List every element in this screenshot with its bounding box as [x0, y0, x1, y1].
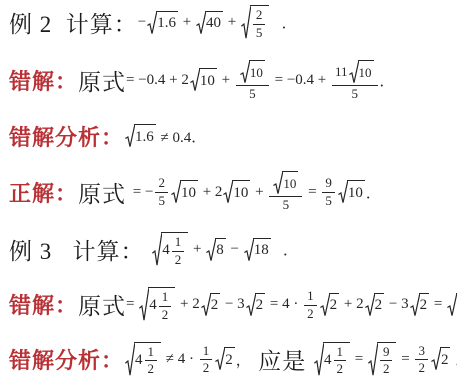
- radicand: 2: [419, 293, 430, 317]
- example-2-problem: 例 2 计算：−1.6 + 40 + 25 ．: [9, 5, 453, 40]
- math-text: 2: [441, 352, 449, 369]
- math-text: 4: [135, 352, 143, 369]
- fraction: 25: [253, 7, 266, 40]
- fraction-denominator: 2: [415, 360, 428, 376]
- math-text: = 4 ·: [266, 296, 302, 313]
- fraction-numerator: 3: [415, 343, 428, 361]
- fraction-denominator: 2: [304, 306, 317, 322]
- sqrt-expression: 412: [314, 342, 350, 377]
- math-text: 1.6: [157, 15, 176, 32]
- math-text: ．: [451, 349, 457, 370]
- math-text: 9: [383, 344, 390, 360]
- wrong-analysis-3: 错解分析：412 ≠ 4 · 122， 应是 412 = 92 = 322 ．: [9, 342, 453, 377]
- chinese-text: 原式: [78, 288, 126, 321]
- fraction-denominator: 5: [236, 86, 269, 102]
- fraction-numerator: 1: [200, 343, 213, 361]
- math-text: 10: [233, 185, 248, 202]
- radicand: 1.6: [134, 124, 156, 148]
- fraction: 32: [415, 343, 428, 376]
- sqrt-expression: 8: [206, 238, 226, 262]
- radicand: 10: [282, 171, 298, 195]
- fraction: 12: [172, 234, 185, 267]
- math-text: 2: [330, 297, 338, 314]
- chinese-text: 原式: [78, 176, 133, 209]
- math-text: 5: [352, 86, 359, 102]
- chinese-text: 应是: [258, 343, 313, 376]
- math-text: = −0.4 + 2: [126, 72, 189, 89]
- wrong-analysis-2: 错解分析：1.6 ≠ 0.4．: [9, 121, 453, 152]
- math-text: 4: [149, 297, 157, 314]
- sqrt-expression: 25: [241, 5, 270, 40]
- math-text: − 3: [385, 296, 408, 313]
- math-text: 5: [283, 197, 290, 213]
- chinese-text: 例 2 计算：: [9, 6, 138, 39]
- fraction-numerator: 10: [269, 171, 302, 197]
- math-text: 8: [216, 242, 224, 259]
- math-text: 1: [148, 344, 155, 360]
- math-text: 11: [335, 64, 348, 80]
- fraction: 12: [145, 344, 158, 377]
- red-label: 错解：: [9, 65, 78, 96]
- red-label: 正解：: [9, 177, 78, 208]
- math-text: 2: [383, 361, 390, 377]
- math-text: ≠ 0.4．: [157, 126, 206, 147]
- radicand: 18: [253, 238, 271, 262]
- sqrt-expression: 2: [365, 293, 385, 317]
- math-text: 2: [211, 297, 219, 314]
- math-text: +: [224, 14, 240, 31]
- math-text: = −: [133, 184, 154, 201]
- sqrt-expression: 18: [244, 238, 271, 262]
- math-text: 1: [203, 343, 210, 359]
- example-3-problem: 例 3 计算： 412 + 8 − 18 ．: [9, 232, 453, 267]
- math-text: ．: [272, 239, 298, 260]
- math-text: 1: [337, 344, 344, 360]
- red-label: 错解分析：: [9, 121, 124, 152]
- correct-solution-2: 正解：原式 = −2510 + 210 + 105 = 9510．: [9, 171, 453, 213]
- radicand: 1.6: [156, 11, 178, 35]
- fraction-denominator: 5: [253, 25, 266, 41]
- fraction-numerator: 1: [334, 344, 347, 362]
- math-text: −: [227, 241, 243, 258]
- fraction-denominator: 2: [200, 360, 213, 376]
- sqrt-expression: 412: [152, 232, 188, 267]
- fraction-denominator: 5: [269, 197, 302, 213]
- chinese-text: 例 3 计算：: [9, 233, 151, 266]
- sqrt-expression: 2: [447, 293, 457, 317]
- sqrt-expression: 10: [240, 60, 265, 84]
- fraction: 92: [380, 344, 393, 377]
- fraction-denominator: 2: [145, 361, 158, 377]
- math-text: 2: [158, 175, 165, 191]
- math-text: 5: [325, 193, 332, 209]
- math-text: 5: [256, 25, 263, 41]
- math-text: +: [251, 184, 267, 201]
- math-text: 1.6: [135, 129, 154, 146]
- radicand: 10: [249, 60, 265, 84]
- fraction: 11105: [332, 60, 378, 102]
- radicand: 25: [250, 5, 270, 40]
- sqrt-expression: 92: [368, 342, 397, 377]
- math-text: 4: [162, 242, 170, 259]
- fraction-numerator: 1: [159, 289, 172, 307]
- radicand: 10: [180, 180, 198, 204]
- radicand: 412: [161, 232, 188, 267]
- math-text: 10: [250, 65, 263, 81]
- math-text: 40: [206, 15, 221, 32]
- radicand: 2: [255, 293, 266, 317]
- math-text: +: [218, 72, 234, 89]
- fraction: 25: [155, 175, 168, 208]
- radicand: 2: [329, 293, 340, 317]
- math-text: 3: [418, 343, 425, 359]
- fraction-numerator: 9: [322, 175, 335, 193]
- fraction-numerator: 1110: [332, 60, 378, 86]
- sqrt-expression: 2: [215, 347, 235, 371]
- radicand: 10: [232, 180, 250, 204]
- math-text: =: [430, 296, 446, 313]
- fraction: 12: [200, 343, 213, 376]
- radicand: 2: [210, 293, 221, 317]
- sqrt-expression: 1.6: [147, 11, 178, 35]
- math-text: 9: [325, 175, 332, 191]
- sqrt-expression: 2: [410, 293, 430, 317]
- math-text: 2: [256, 297, 264, 314]
- sqrt-expression: 10: [338, 180, 365, 204]
- math-text: 1: [175, 234, 182, 250]
- math-text: 2: [337, 361, 344, 377]
- math-text: − 3: [221, 296, 244, 313]
- math-text: 2: [225, 352, 233, 369]
- radicand: 2: [224, 347, 235, 371]
- fraction-denominator: 2: [380, 361, 393, 377]
- red-label: 错解：: [9, 289, 78, 320]
- radicand: 92: [377, 342, 397, 377]
- sqrt-expression: 10: [223, 180, 250, 204]
- fraction-denominator: 2: [159, 307, 172, 323]
- math-text: −: [138, 14, 146, 31]
- fraction: 105: [269, 171, 302, 213]
- sqrt-expression: 2: [320, 293, 340, 317]
- math-text: 2: [307, 306, 314, 322]
- sqrt-expression: 10: [190, 68, 217, 92]
- fraction: 12: [304, 288, 317, 321]
- sqrt-expression: 1.6: [125, 124, 156, 148]
- sqrt-expression: 2: [201, 293, 221, 317]
- math-text: 2: [175, 252, 182, 268]
- sqrt-expression: 412: [139, 287, 175, 322]
- fraction-numerator: 1: [172, 234, 185, 252]
- math-text: 10: [359, 65, 372, 81]
- math-text: +: [189, 241, 205, 258]
- fraction-denominator: 2: [334, 361, 347, 377]
- chinese-text: 原式: [78, 64, 126, 97]
- fraction-numerator: 10: [236, 60, 269, 86]
- red-label: 错解分析：: [9, 344, 124, 375]
- fraction-denominator: 5: [155, 193, 168, 209]
- fraction-numerator: 1: [304, 288, 317, 306]
- math-text: 18: [254, 242, 269, 259]
- wrong-solution-2: 错解：原式= −0.4 + 210 + 105 = −0.4 + 11105．: [9, 60, 453, 102]
- math-text: ≠ 4 ·: [162, 351, 198, 368]
- math-text: 5: [249, 86, 256, 102]
- math-text: 5: [158, 193, 165, 209]
- math-text: ，: [236, 349, 259, 370]
- sqrt-expression: 10: [349, 60, 374, 84]
- math-text: + 2: [340, 296, 363, 313]
- math-text: + 2: [199, 184, 222, 201]
- fraction: 95: [322, 175, 335, 208]
- radicand: 2: [440, 347, 451, 371]
- math-text: 2: [162, 307, 169, 323]
- math-text: 2: [256, 7, 263, 23]
- fraction-numerator: 9: [380, 344, 393, 362]
- fraction-denominator: 5: [322, 193, 335, 209]
- math-text: 10: [200, 73, 215, 90]
- math-text: 2: [203, 360, 210, 376]
- sqrt-expression: 40: [196, 11, 223, 35]
- math-text: 2: [148, 361, 155, 377]
- math-text: =: [351, 351, 367, 368]
- math-text: 10: [283, 176, 296, 192]
- math-text: ．: [380, 70, 395, 91]
- math-worksheet-page: 例 2 计算：−1.6 + 40 + 25 ．错解：原式= −0.4 + 210…: [0, 0, 455, 381]
- fraction: 12: [159, 289, 172, 322]
- fraction-numerator: 2: [253, 7, 266, 25]
- radicand: 40: [205, 11, 223, 35]
- radicand: 412: [323, 342, 350, 377]
- fraction: 105: [236, 60, 269, 102]
- math-text: 2: [420, 297, 428, 314]
- math-text: =: [126, 296, 138, 313]
- math-text: +: [179, 14, 195, 31]
- math-text: 1: [162, 289, 169, 305]
- radicand: 2: [374, 293, 385, 317]
- math-text: 2: [375, 297, 383, 314]
- fraction-denominator: 5: [332, 86, 378, 102]
- fraction-numerator: 2: [155, 175, 168, 193]
- fraction-denominator: 2: [172, 252, 185, 268]
- math-text: = −0.4 +: [271, 72, 330, 89]
- radicand: 412: [134, 342, 161, 377]
- wrong-solution-3: 错解：原式= 412 + 22 − 32 = 4 · 122 + 22 − 32…: [9, 287, 453, 322]
- radicand: 412: [148, 287, 175, 322]
- sqrt-expression: 10: [171, 180, 198, 204]
- fraction: 12: [334, 344, 347, 377]
- radicand: 10: [199, 68, 217, 92]
- radicand: 8: [215, 238, 226, 262]
- fraction-numerator: 1: [145, 344, 158, 362]
- math-text: ．: [270, 12, 296, 33]
- math-text: =: [397, 351, 413, 368]
- sqrt-expression: 2: [431, 347, 451, 371]
- math-text: 2: [418, 360, 425, 376]
- sqrt-expression: 10: [273, 171, 298, 195]
- sqrt-expression: 2: [246, 293, 266, 317]
- math-text: + 2: [176, 296, 199, 313]
- math-text: 10: [348, 185, 363, 202]
- math-text: 4: [324, 352, 332, 369]
- sqrt-expression: 412: [125, 342, 161, 377]
- math-text: ．: [366, 182, 381, 203]
- math-text: 10: [181, 185, 196, 202]
- math-text: =: [304, 184, 320, 201]
- math-text: 1: [307, 288, 314, 304]
- radicand: 10: [347, 180, 365, 204]
- radicand: 10: [358, 60, 374, 84]
